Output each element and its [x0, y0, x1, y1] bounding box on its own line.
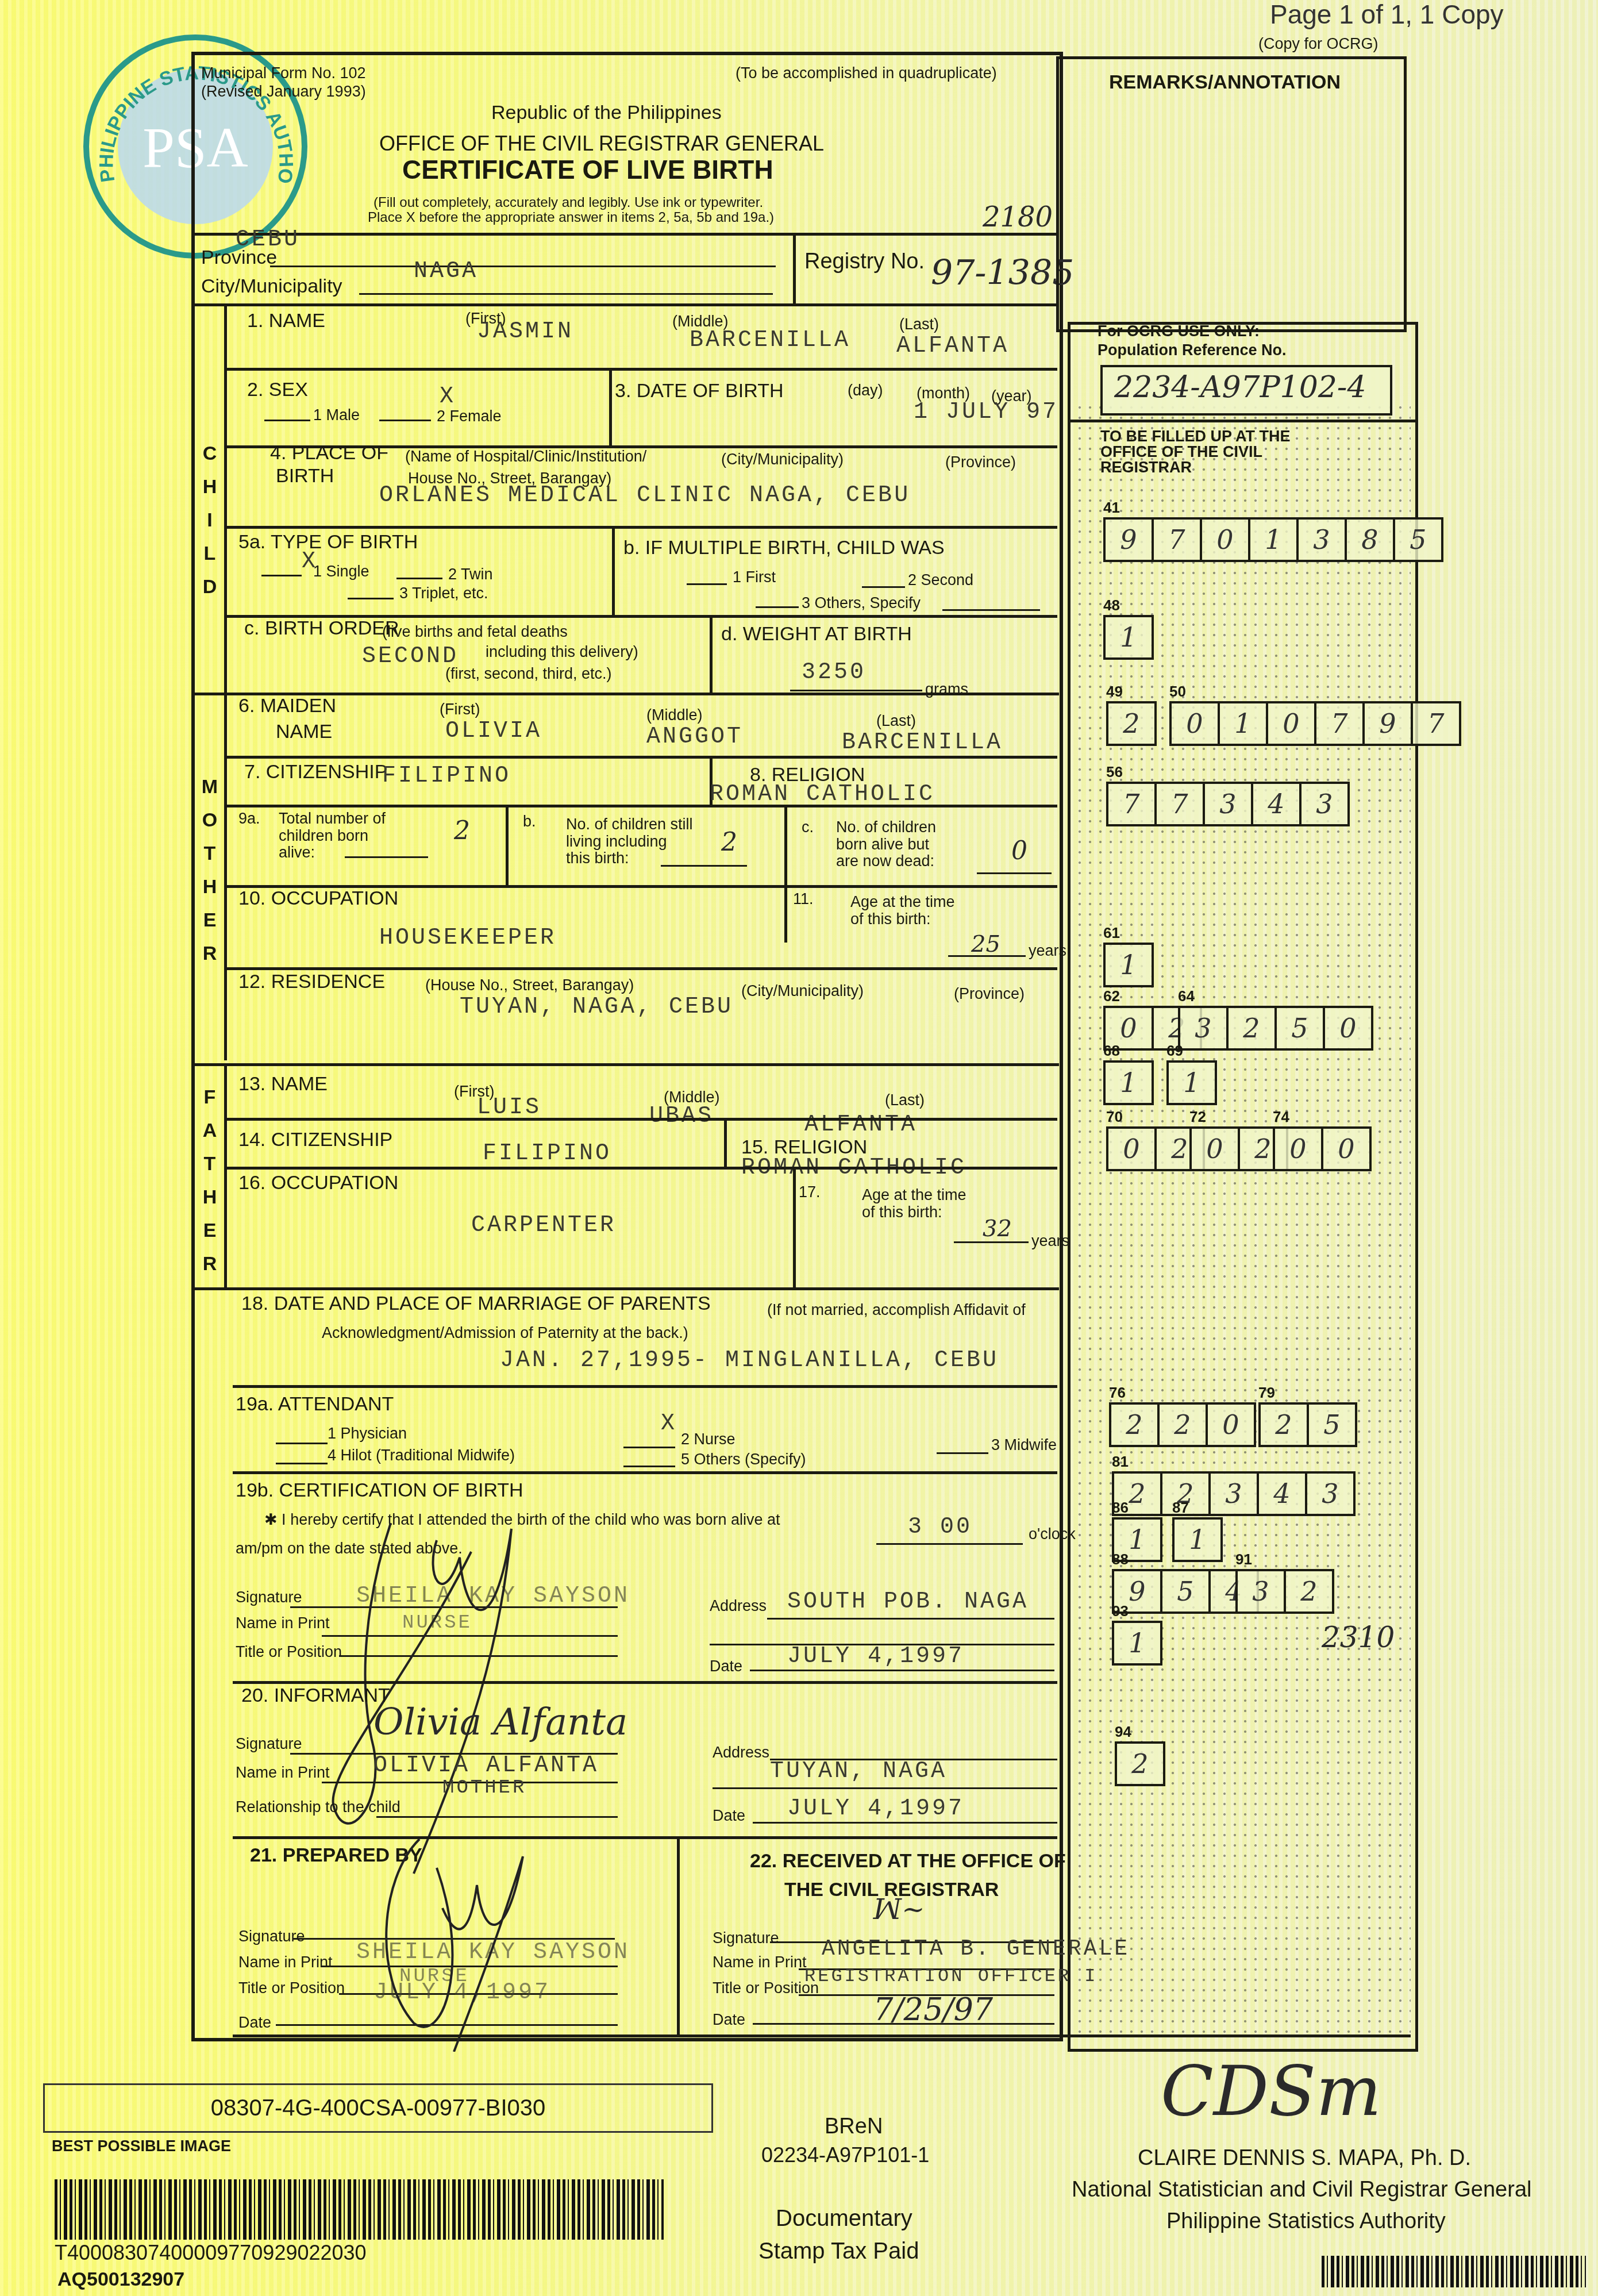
informant-date-label: Date: [713, 1807, 745, 1825]
informant-signature[interactable]: Olivia Alfanta: [373, 1701, 627, 1744]
code-field-number: 81: [1112, 1453, 1129, 1471]
informant-relationship-value[interactable]: MOTHER: [442, 1777, 526, 1799]
residence-label: 12. RESIDENCE: [238, 971, 385, 993]
mother-religion-value[interactable]: ROMAN CATHOLIC: [710, 782, 935, 807]
father-middle-name[interactable]: UBAS: [649, 1103, 714, 1129]
informant-name-label: Name in Print: [236, 1764, 330, 1782]
code-field-61[interactable]: 1: [1106, 943, 1154, 987]
prepared-date-label: Date: [238, 2014, 271, 2032]
multiple-others[interactable]: 3 Others, Specify: [802, 595, 921, 612]
cert-name-label: Name in Print: [236, 1615, 330, 1632]
mother-age-label: 11.: [793, 891, 814, 908]
code-digit-box[interactable]: 1: [1218, 701, 1268, 746]
birth-order-label: c. BIRTH ORDER: [244, 618, 399, 639]
code-digit-box[interactable]: 3: [1203, 782, 1253, 826]
code-field-number: 48: [1103, 597, 1120, 614]
code-digit-box[interactable]: 2: [1109, 1402, 1160, 1447]
mother-name-label-2: NAME: [276, 721, 332, 743]
office-line: OFFICE OF THE CIVIL REGISTRAR GENERAL: [379, 132, 824, 155]
copy-for: (Copy for OCRG): [1258, 36, 1378, 53]
aq-number: AQ500132907: [57, 2269, 184, 2290]
code-digit-box[interactable]: 1: [1166, 1060, 1217, 1105]
pob-hospital-label: (Name of Hospital/Clinic/Institution/: [405, 448, 646, 466]
code-field-number: 50: [1169, 683, 1186, 701]
multiple-first[interactable]: 1 First: [733, 569, 776, 586]
code-field-number: 94: [1115, 1723, 1131, 1741]
code-digit-box[interactable]: 5: [1274, 1006, 1325, 1051]
code-digit-box[interactable]: 2: [1226, 1006, 1277, 1051]
weight-unit: grams: [925, 681, 968, 698]
mother-occupation-value[interactable]: HOUSEKEEPER: [379, 925, 556, 951]
mother-last-name[interactable]: BARCENILLA: [842, 730, 1003, 756]
attendant-physician[interactable]: 1 Physician: [328, 1425, 407, 1443]
small-barcode: [1322, 2256, 1586, 2287]
code-digit-box[interactable]: 3: [1235, 1569, 1286, 1614]
code-field-number: 74: [1273, 1108, 1289, 1126]
code-digit-box[interactable]: 3: [1208, 1471, 1259, 1516]
marriage-value[interactable]: JAN. 27,1995- MINGLANILLA, CEBU: [500, 1348, 999, 1374]
prepared-name-label: Name in Print: [238, 1954, 333, 1971]
code-digit-box[interactable]: 1: [1103, 1060, 1154, 1105]
code-field-number: 88: [1112, 1551, 1129, 1568]
code-digit-box[interactable]: 7: [1411, 701, 1461, 746]
code-digit-box[interactable]: 7: [1106, 782, 1157, 826]
cert-address-label: Address: [710, 1598, 767, 1615]
middle-label: (Middle): [646, 707, 703, 724]
code-field-number: 76: [1109, 1384, 1126, 1402]
code-digit-box[interactable]: 5: [1160, 1569, 1211, 1614]
code-field-number: 79: [1258, 1384, 1275, 1402]
weight-label: d. WEIGHT AT BIRTH: [721, 624, 912, 645]
marriage-label: 18. DATE AND PLACE OF MARRIAGE OF PARENT…: [241, 1293, 711, 1314]
attendant-others[interactable]: 5 Others (Specify): [681, 1451, 806, 1468]
code-field-93[interactable]: 1: [1114, 1621, 1162, 1666]
bren-label: BReN: [825, 2115, 883, 2139]
type-single[interactable]: 1 Single: [313, 563, 369, 580]
pop-ref-label: Population Reference No.: [1098, 342, 1287, 359]
sex-option-male[interactable]: 1 Male: [313, 407, 360, 424]
code-field-number: 72: [1189, 1108, 1206, 1126]
form-number: Municipal Form No. 102: [201, 65, 366, 82]
attendant-hilot[interactable]: 4 Hilot (Traditional Midwife): [328, 1447, 515, 1464]
child-first-name[interactable]: JASMIN: [477, 319, 573, 345]
birth-order-value[interactable]: SECOND: [362, 644, 459, 670]
code-digit-box[interactable]: 0: [1266, 701, 1316, 746]
code-field-number: 69: [1166, 1042, 1183, 1060]
pob-value[interactable]: ORLANES MEDICAL CLINIC NAGA, CEBU: [379, 483, 910, 509]
bren-value: 02234-A97P101-1: [761, 2144, 929, 2167]
code-field-68[interactable]: 1: [1106, 1060, 1154, 1105]
quadruplicate-note: (To be accomplished in quadruplicate): [736, 65, 997, 82]
informant-signature-label: Signature: [236, 1736, 302, 1753]
code-digit-box[interactable]: 0: [1169, 701, 1220, 746]
code-field-number: 86: [1112, 1499, 1129, 1517]
mother-section-label: MOTHER: [198, 770, 221, 970]
child-last-name[interactable]: ALFANTA: [896, 333, 1009, 359]
code-digit-box[interactable]: 3: [1296, 517, 1347, 562]
father-first-name[interactable]: LUIS: [477, 1095, 541, 1121]
code-digit-box[interactable]: 0: [1200, 517, 1250, 562]
pob-label-2: BIRTH: [276, 466, 334, 487]
residence-province-label: (Province): [954, 986, 1025, 1003]
mother-age-unit: years: [1029, 943, 1066, 960]
signatory-title: National Statistician and Civil Registra…: [1072, 2178, 1531, 2202]
pop-ref-box[interactable]: 2234-A97P102-4: [1100, 365, 1392, 416]
barcode-text: T40008307400009770929022030: [55, 2241, 367, 2264]
pob-city-label: (City/Municipality): [721, 451, 844, 468]
city-label: City/Municipality: [201, 276, 342, 297]
attendant-nurse[interactable]: 2 Nurse: [681, 1431, 736, 1448]
children-dead-value[interactable]: 0: [1011, 836, 1027, 866]
father-citizenship-value[interactable]: FILIPINO: [483, 1141, 611, 1167]
father-age-label: 17.: [799, 1184, 821, 1201]
registrar-signature-icon: ꟽ~: [873, 1894, 925, 1926]
code-field-number: 87: [1172, 1499, 1189, 1517]
informant-address-label: Address: [713, 1744, 769, 1762]
registry-label: Registry No.: [804, 250, 925, 274]
sex-mark[interactable]: X: [440, 384, 456, 410]
dob-label: 3. DATE OF BIRTH: [615, 380, 783, 402]
children-dead-text: No. of childrenborn alive butare now dea…: [836, 819, 936, 870]
ocrg-title: For OCRG USE ONLY:: [1098, 323, 1260, 340]
code-field-number: 70: [1106, 1108, 1123, 1126]
code-field-76[interactable]: 220: [1111, 1402, 1256, 1447]
province-label: Province: [201, 247, 277, 268]
informant-relationship-label: Relationship to the child: [236, 1799, 401, 1816]
birth-order-note-2: including this delivery): [486, 644, 638, 661]
residence-house-label: (House No., Street, Barangay): [425, 977, 634, 994]
code-digit-box[interactable]: 3: [1299, 782, 1350, 826]
marriage-note: (If not married, accomplish Affidavit of: [767, 1302, 1026, 1319]
code-digit-box[interactable]: 3: [1178, 1006, 1229, 1051]
code-digit-box[interactable]: 0: [1189, 1126, 1240, 1171]
remarks-box: [1056, 56, 1407, 332]
father-age-value[interactable]: 32: [983, 1216, 1012, 1242]
code-digit-box[interactable]: 0: [1323, 1006, 1373, 1051]
birth-time-value[interactable]: 3 00: [908, 1514, 972, 1540]
code-field-number: 68: [1103, 1042, 1120, 1060]
mother-name-label: 6. MAIDEN: [238, 695, 336, 717]
father-age-text-2: of this birth:: [862, 1204, 942, 1221]
pop-ref-value: 2234-A97P102-4: [1114, 370, 1366, 405]
code-field-41[interactable]: 9701385: [1106, 517, 1443, 562]
children-born-text: Total number ofchildren bornalive:: [279, 810, 386, 862]
code-digit-box[interactable]: 2: [1157, 1402, 1208, 1447]
code-digit-box[interactable]: 3: [1305, 1471, 1356, 1516]
birth-order-note-3: (first, second, third, etc.): [445, 666, 612, 683]
fill-label-3: REGISTRAR: [1100, 459, 1192, 476]
child-section-label: CHILD: [198, 437, 221, 603]
registry-value[interactable]: 97-1385: [931, 253, 1074, 293]
code-field-81[interactable]: 22343: [1114, 1471, 1356, 1516]
mother-citizenship-label: 7. CITIZENSHIP: [244, 762, 387, 783]
day-label: (day): [848, 382, 883, 399]
code-field-91[interactable]: 32: [1238, 1569, 1334, 1614]
stamp-tax-line-2: Stamp Tax Paid: [758, 2239, 919, 2264]
code-digit-box[interactable]: 2: [1115, 1741, 1165, 1786]
mother-age-text-2: of this birth:: [850, 911, 931, 928]
children-dead-label: c.: [802, 819, 814, 836]
father-occupation-label: 16. OCCUPATION: [238, 1172, 398, 1194]
code-field-49[interactable]: 2: [1108, 701, 1157, 746]
multiple-second[interactable]: 2 Second: [908, 572, 973, 589]
prepared-title-label: Title or Position: [238, 1980, 345, 1997]
code-digit-box[interactable]: 5: [1393, 517, 1443, 562]
code-digit-box[interactable]: 7: [1154, 782, 1205, 826]
last-label: (Last): [876, 713, 916, 730]
code-digit-box[interactable]: 0: [1321, 1126, 1372, 1171]
code-field-87[interactable]: 1: [1175, 1517, 1223, 1562]
type-of-birth-label: 5a. TYPE OF BIRTH: [238, 532, 418, 553]
republic-line: Republic of the Philippines: [491, 102, 722, 124]
code-digit-box[interactable]: 1: [1112, 1621, 1162, 1666]
informant-date-value[interactable]: JULY 4,1997: [787, 1796, 964, 1822]
children-living-value[interactable]: 2: [721, 828, 737, 857]
marriage-note-2: Acknowledgment/Admission of Paternity at…: [322, 1325, 688, 1342]
multiple-birth-label: b. IF MULTIPLE BIRTH, CHILD WAS: [623, 537, 945, 559]
city-value: NAGA: [414, 259, 478, 284]
code-digit-box[interactable]: 4: [1251, 782, 1301, 826]
dob-value[interactable]: 1 JULY 97: [914, 399, 1058, 425]
code-digit-box[interactable]: 0: [1206, 1402, 1256, 1447]
code-digit-box[interactable]: 2: [1284, 1569, 1334, 1614]
residence-value[interactable]: TUYAN, NAGA, CEBU: [460, 994, 733, 1020]
oclock-label: o'clock: [1029, 1526, 1076, 1543]
code-field-48[interactable]: 1: [1106, 615, 1154, 660]
sex-option-female[interactable]: 2 Female: [437, 408, 502, 425]
code-field-number: 41: [1103, 499, 1120, 517]
code-field-79[interactable]: 25: [1261, 1402, 1357, 1447]
code-field-number: 49: [1106, 683, 1123, 701]
attendant-midwife[interactable]: 3 Midwife: [991, 1437, 1057, 1454]
code-field-number: 93: [1112, 1602, 1129, 1620]
received-date-value[interactable]: 7/25/97: [873, 1991, 993, 2028]
last-label: (Last): [899, 316, 939, 333]
children-born-label: 9a.: [238, 810, 260, 828]
father-last-name[interactable]: ALFANTA: [804, 1112, 917, 1138]
father-occupation-value[interactable]: CARPENTER: [471, 1213, 616, 1239]
signatory-signature: CDSm: [1161, 2052, 1381, 2132]
instruction-1: (Fill out completely, accurately and leg…: [373, 195, 763, 210]
certification-label: 19b. CERTIFICATION OF BIRTH: [236, 1480, 523, 1501]
code-field-94[interactable]: 2: [1117, 1741, 1165, 1786]
code-digit-box[interactable]: 1: [1248, 517, 1299, 562]
handwritten-number: 2180: [983, 201, 1053, 233]
sex-label: 2. SEX: [247, 379, 308, 401]
code-digit-box[interactable]: 4: [1257, 1471, 1307, 1516]
received-label: 22. RECEIVED AT THE OFFICE OF: [750, 1851, 1066, 1872]
code-digit-box[interactable]: 0: [1106, 1126, 1157, 1171]
mother-citizenship-value[interactable]: FILIPINO: [382, 763, 511, 789]
mother-age-text: Age at the time: [850, 894, 955, 911]
child-name-label: 1. NAME: [247, 310, 325, 332]
code-field-50[interactable]: 010797: [1172, 701, 1461, 746]
cert-date-label: Date: [710, 1658, 742, 1675]
code-field-number: 91: [1235, 1551, 1252, 1568]
code-digit-box[interactable]: 2: [1106, 701, 1157, 746]
page-info: Page 1 of 1, 1 Copy: [1270, 0, 1504, 29]
weight-value[interactable]: 3250: [802, 660, 866, 686]
mother-occupation-label: 10. OCCUPATION: [238, 888, 398, 909]
code-field-69[interactable]: 1: [1169, 1060, 1217, 1105]
prepared-signature-label: Signature: [238, 1928, 305, 1945]
barcode: [55, 2179, 664, 2240]
code-field-56[interactable]: 77343: [1108, 782, 1350, 826]
preparer-signature-scribble-icon: [356, 1833, 598, 2052]
pob-label: 4. PLACE OF: [270, 443, 388, 464]
father-citizenship-label: 14. CITIZENSHIP: [238, 1129, 392, 1151]
cert-signature-label: Signature: [236, 1589, 302, 1606]
signatory-name: CLAIRE DENNIS S. MAPA, Ph. D.: [1138, 2147, 1471, 2171]
children-living-label: b.: [523, 813, 536, 830]
received-signature-label: Signature: [713, 1930, 779, 1947]
cert-date-value[interactable]: JULY 4,1997: [787, 1644, 964, 1670]
father-age-text: Age at the time: [862, 1187, 966, 1204]
page-title: CERTIFICATE OF LIVE BIRTH: [402, 155, 773, 184]
last-label: (Last): [885, 1092, 925, 1109]
code-digit-box[interactable]: 1: [1172, 1517, 1223, 1562]
father-age-unit: years: [1031, 1233, 1069, 1250]
children-living-text: No. of children stillliving includingthi…: [566, 816, 693, 867]
mother-middle-name[interactable]: ANGGOT: [646, 724, 743, 750]
code-digit-box[interactable]: 8: [1345, 517, 1395, 562]
instruction-2: Place X before the appropriate answer in…: [368, 210, 774, 225]
side-note: 2310: [1322, 1621, 1395, 1654]
received-title-value[interactable]: REGISTRATION OFFICER I: [804, 1966, 1098, 1987]
code-field-74[interactable]: 00: [1275, 1126, 1372, 1171]
code-digit-box[interactable]: 0: [1273, 1126, 1323, 1171]
code-digit-box[interactable]: 1: [1103, 615, 1154, 660]
remarks-title: REMARKS/ANNOTATION: [1109, 72, 1341, 93]
mother-age-value[interactable]: 25: [971, 931, 1000, 957]
received-name-label: Name in Print: [713, 1954, 807, 1971]
code-field-number: 64: [1178, 987, 1195, 1005]
residence-city-label: (City/Municipality): [741, 983, 864, 1000]
child-middle-name[interactable]: BARCENILLA: [690, 328, 850, 353]
first-label: (First): [440, 701, 480, 718]
signatory-org: Philippine Statistics Authority: [1166, 2210, 1446, 2234]
informant-address-value[interactable]: TUYAN, NAGA: [770, 1759, 947, 1785]
attendant-mark[interactable]: X: [661, 1411, 677, 1437]
pob-province-label: (Province): [945, 454, 1016, 471]
best-image-label: BEST POSSIBLE IMAGE: [52, 2138, 231, 2155]
mother-first-name[interactable]: OLIVIA: [445, 718, 542, 744]
code-field-64[interactable]: 3250: [1180, 1006, 1373, 1051]
type-twin[interactable]: 2 Twin: [448, 566, 493, 583]
children-born-value[interactable]: 2: [454, 816, 470, 845]
control-number: 08307-4G-400CSA-00977-BI030: [211, 2095, 546, 2121]
code-digit-box[interactable]: 1: [1103, 943, 1154, 987]
birth-order-note: (live births and fetal deaths: [382, 624, 568, 641]
code-digit-box[interactable]: 7: [1314, 701, 1365, 746]
control-number-box: 08307-4G-400CSA-00977-BI030: [43, 2083, 713, 2133]
code-field-number: 56: [1106, 763, 1123, 781]
code-digit-box[interactable]: 9: [1103, 517, 1154, 562]
informant-label: 20. INFORMANT: [241, 1685, 390, 1706]
code-field-number: 61: [1103, 924, 1120, 942]
code-digit-box[interactable]: 7: [1152, 517, 1202, 562]
cert-address-value[interactable]: SOUTH POB. NAGA: [787, 1589, 1029, 1615]
received-name-value[interactable]: ANGELITA B. GENERALE: [822, 1937, 1130, 1962]
received-date-label: Date: [713, 2012, 745, 2029]
type-triplet[interactable]: 3 Triplet, etc.: [399, 585, 488, 602]
attendant-label: 19a. ATTENDANT: [236, 1394, 394, 1415]
father-section-label: FATHER: [198, 1080, 221, 1280]
informant-name-value[interactable]: OLIVIA ALFANTA: [373, 1753, 599, 1779]
form-revised: (Revised January 1993): [201, 83, 366, 101]
code-digit-box[interactable]: 2: [1258, 1402, 1309, 1447]
father-name-label: 13. NAME: [238, 1074, 328, 1095]
code-digit-box[interactable]: 5: [1307, 1402, 1357, 1447]
stamp-tax-line-1: Documentary: [776, 2206, 912, 2231]
code-digit-box[interactable]: 9: [1362, 701, 1413, 746]
code-field-number: 62: [1103, 987, 1120, 1005]
